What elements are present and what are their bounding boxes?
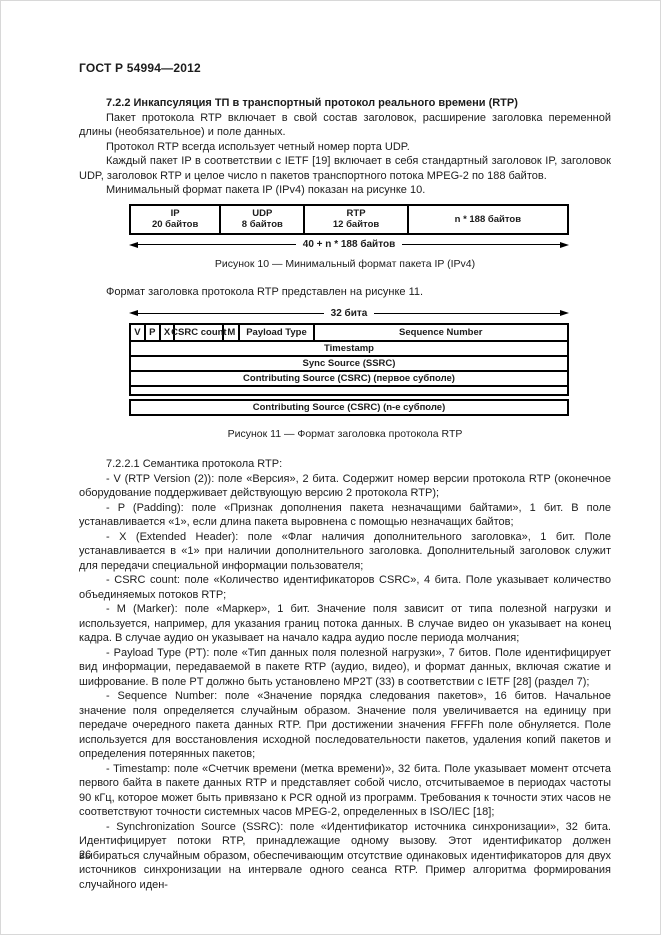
list-paragraph: - Timestamp: поле «Счетчик времени (метк… xyxy=(79,762,611,820)
list-paragraph: - V (RTP Version (2)): поле «Версия», 2 … xyxy=(79,472,611,501)
figure11-row-timestamp: Timestamp xyxy=(131,342,567,357)
arrow-right-icon xyxy=(560,242,569,248)
list-paragraph: - P (Padding): поле «Признак дополнения … xyxy=(79,501,611,530)
arrow-line xyxy=(138,244,296,245)
page-content: 7.2.2 Инкапсуляция ТП в транспортный про… xyxy=(79,96,611,892)
document-page: ГОСТ Р 54994—2012 7.2.2 Инкапсуляция ТП … xyxy=(0,0,661,935)
cell-title: IP xyxy=(171,208,180,219)
arrow-left-icon xyxy=(129,242,138,248)
figure11-row-csrc-last: Contributing Source (CSRC) (n-е субполе) xyxy=(129,399,569,416)
arrow-label: 32 бита xyxy=(324,308,375,319)
list-paragraph: - X (Extended Header): поле «Флаг наличи… xyxy=(79,530,611,574)
figure10-cell-udp: UDP 8 байтов xyxy=(221,206,305,233)
figure10-cell-rtp: RTP 12 байтов xyxy=(305,206,408,233)
figure11-header-row: V P X CSRC count M Payload Type Sequence… xyxy=(131,325,567,342)
arrow-line xyxy=(374,313,560,314)
arrow-right-icon xyxy=(560,310,569,316)
paragraph: Каждый пакет IP в соответствии с IETF [1… xyxy=(79,154,611,183)
cell-size: 8 байтов xyxy=(242,219,283,230)
subsection-heading: 7.2.2.1 Семантика протокола RTP: xyxy=(79,457,611,472)
figure11-table: V P X CSRC count M Payload Type Sequence… xyxy=(129,323,569,396)
cell-title: UDP xyxy=(252,208,272,219)
paragraph: Протокол RTP всегда использует четный но… xyxy=(79,140,611,155)
cell-size: 12 байтов xyxy=(333,219,379,230)
list-paragraph: - Sequence Number: поле «Значение порядк… xyxy=(79,689,611,762)
list-paragraph: - CSRC count: поле «Количество идентифик… xyxy=(79,573,611,602)
field-p: P xyxy=(146,325,161,340)
cell-size: 20 байтов xyxy=(152,219,198,230)
field-m: M xyxy=(224,325,240,340)
list-paragraph: - Payload Type (PT): поле «Тип данных по… xyxy=(79,646,611,690)
paragraph: Формат заголовка протокола RTP представл… xyxy=(79,285,611,300)
figure10-caption: Рисунок 10 — Минимальный формат пакета I… xyxy=(79,258,611,271)
figure11-row-ssrc: Sync Source (SSRC) xyxy=(131,357,567,372)
figure11-width-arrow: 32 бита xyxy=(129,307,569,319)
figure10-width-arrow: 40 + n * 188 байтов xyxy=(129,239,569,251)
running-header: ГОСТ Р 54994—2012 xyxy=(79,61,201,75)
figure10-cell-ip: IP 20 байтов xyxy=(131,206,221,233)
figure10-cell-payload: n * 188 байтов xyxy=(409,206,567,233)
field-csrc-count: CSRC count xyxy=(175,325,224,340)
field-v: V xyxy=(131,325,146,340)
paragraph: Пакет протокола RTP включает в свой сост… xyxy=(79,111,611,140)
arrow-line xyxy=(402,244,560,245)
list-paragraph: - Synchronization Source (SSRC): поле «И… xyxy=(79,820,611,893)
list-paragraph: - M (Marker): поле «Маркер», 1 бит. Знач… xyxy=(79,602,611,646)
figure11-row-csrc-first: Contributing Source (CSRC) (первое субпо… xyxy=(131,372,567,387)
field-sequence-number: Sequence Number xyxy=(315,325,567,340)
paragraph: Минимальный формат пакета IP (IPv4) пока… xyxy=(79,183,611,198)
page-number: 26 xyxy=(79,849,91,861)
cell-title: RTP xyxy=(347,208,366,219)
figure11-caption: Рисунок 11 — Формат заголовка протокола … xyxy=(79,428,611,441)
figure10-table: IP 20 байтов UDP 8 байтов RTP 12 байтов … xyxy=(129,204,569,235)
section-heading: 7.2.2 Инкапсуляция ТП в транспортный про… xyxy=(79,96,611,111)
cell-title: n * 188 байтов xyxy=(455,214,521,225)
field-payload-type: Payload Type xyxy=(240,325,314,340)
figure11: 32 бита V P X CSRC count M Payload Type … xyxy=(129,307,569,416)
arrow-line xyxy=(138,313,324,314)
figure11-row-empty xyxy=(131,387,567,394)
arrow-left-icon xyxy=(129,310,138,316)
figure10: IP 20 байтов UDP 8 байтов RTP 12 байтов … xyxy=(129,204,569,251)
arrow-label: 40 + n * 188 байтов xyxy=(296,239,402,250)
